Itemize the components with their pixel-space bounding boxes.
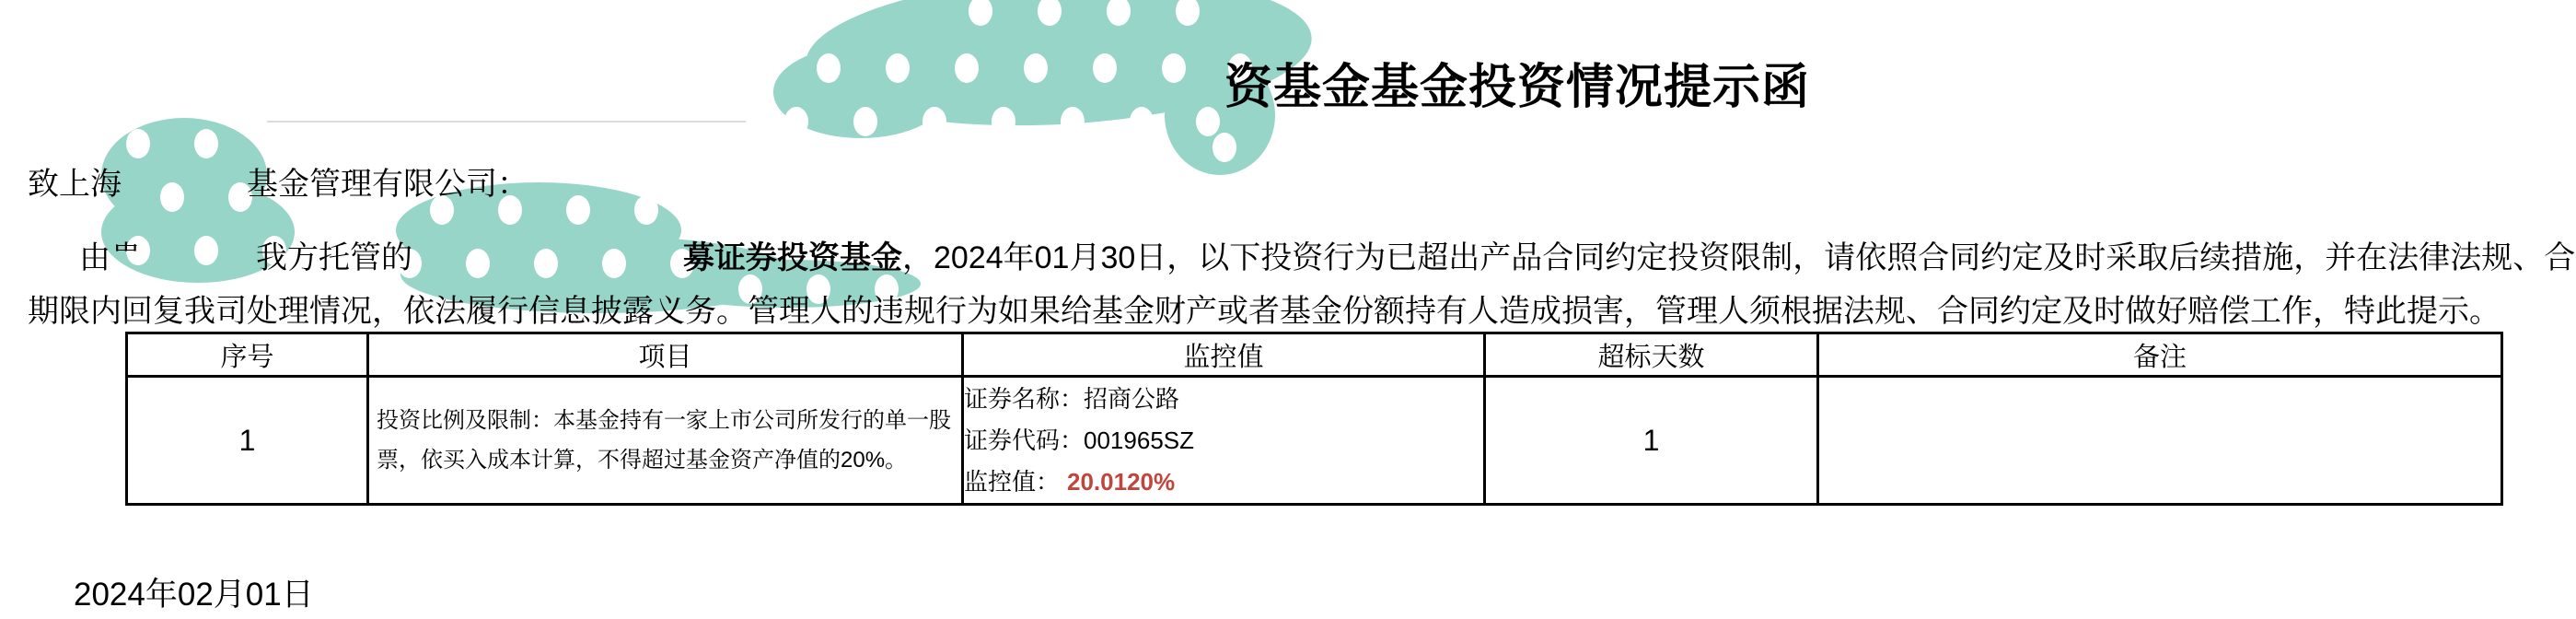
body-line2: 期限内回复我司处理情况，依法履行信息披露义务。管理人的违规行为如果给基金财产或者… — [28, 286, 2501, 331]
security-name-value: 招商公路 — [1084, 385, 1179, 413]
security-code-value: 001965SZ — [1084, 426, 1194, 454]
page-title: 资基金基金投资情况提示函 — [1224, 48, 1810, 117]
violation-table: 序号 项目 监控值 超标天数 备注 1 投资比例及限制：本基金持有一家上市公司所… — [125, 332, 2503, 506]
body-frag-you: 由 — [79, 232, 110, 277]
document-page: 资基金基金投资情况提示函 致上海 基金管理有限公司： 由 贵 我方托管的 募证券… — [0, 0, 2576, 619]
body-frag-fund-name: 募证券投资基金 — [683, 232, 902, 277]
table-header-row: 序号 项目 监控值 超标天数 备注 — [127, 333, 2502, 377]
security-name-line: 证券名称：招商公路 — [964, 379, 1483, 420]
salutation-suffix: 基金管理有限公司： — [247, 158, 528, 204]
header-index: 序号 — [127, 333, 368, 377]
header-remark: 备注 — [1818, 333, 2502, 377]
monitor-value-number: 20.0120% — [1067, 468, 1175, 496]
letter-date: 2024年02月01日 — [74, 569, 314, 615]
item-line-2: 票，依买入成本计算，不得超过基金资产净值的20%。 — [377, 440, 954, 480]
security-code-line: 证券代码：001965SZ — [964, 420, 1483, 461]
cell-item: 投资比例及限制：本基金持有一家上市公司所发行的单一股 票，依买入成本计算，不得超… — [368, 377, 963, 505]
body-frag-gui-partial: 贵 — [110, 232, 142, 277]
scan-artifact-line — [267, 121, 746, 123]
table-row: 1 投资比例及限制：本基金持有一家上市公司所发行的单一股 票，依买入成本计算，不… — [127, 377, 2502, 505]
security-code-label: 证券代码： — [964, 426, 1084, 454]
cell-remark — [1818, 377, 2502, 505]
item-line-1: 投资比例及限制：本基金持有一家上市公司所发行的单一股 — [377, 401, 954, 440]
partially-covered-char: 贵 — [110, 232, 142, 277]
header-days-exceeded: 超标天数 — [1485, 333, 1818, 377]
monitor-value-label: 监控值： — [964, 468, 1060, 496]
cell-days-exceeded: 1 — [1485, 377, 1818, 505]
cell-index: 1 — [127, 377, 368, 505]
salutation-prefix: 致上海 — [28, 158, 122, 204]
body-frag-rest: ，2024年01月30日，以下投资行为已超出产品合同约定投资限制，请依照合同约定… — [902, 232, 2576, 277]
cell-monitor-value: 证券名称：招商公路 证券代码：001965SZ 监控值：20.0120% — [963, 377, 1485, 505]
header-monitor-value: 监控值 — [963, 333, 1485, 377]
item-text: 投资比例及限制：本基金持有一家上市公司所发行的单一股 票，依买入成本计算，不得超… — [369, 401, 961, 480]
header-item: 项目 — [368, 333, 963, 377]
monitor-value-line: 监控值：20.0120% — [964, 461, 1483, 503]
security-name-label: 证券名称： — [964, 385, 1084, 413]
body-frag-custody: 我方托管的 — [256, 232, 412, 277]
